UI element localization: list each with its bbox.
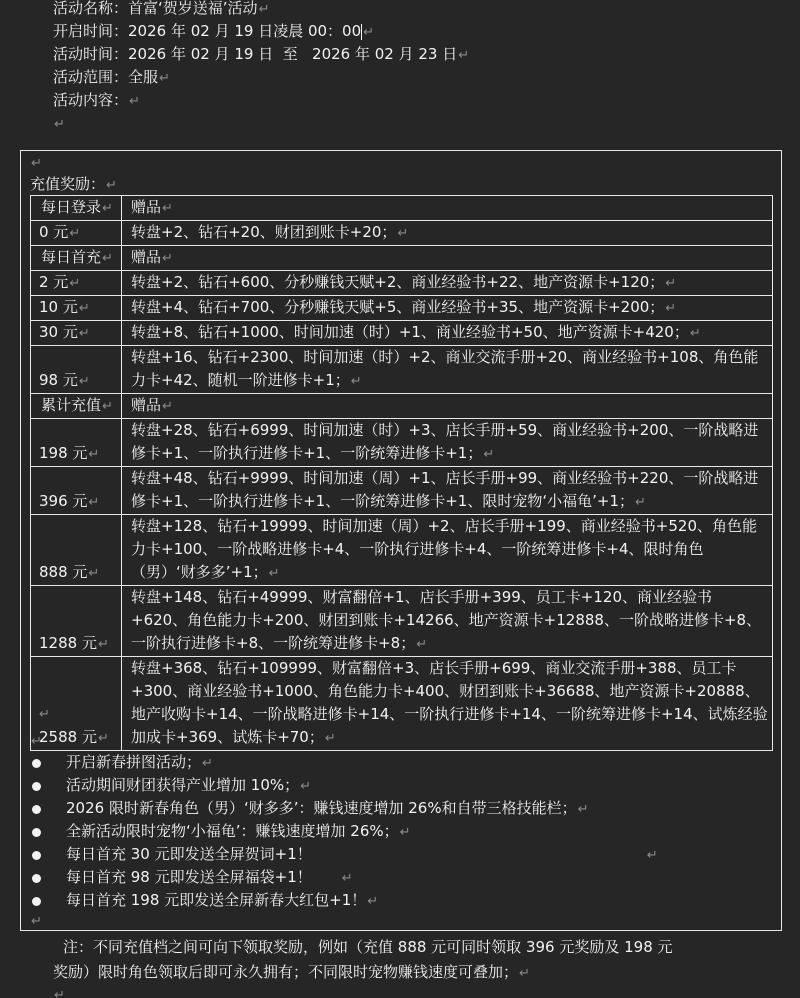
tier-cell: 888 元↵	[31, 515, 122, 586]
tier-cell: 1288 元↵	[31, 586, 122, 657]
gift-cell: 转盘+48、钻石+9999、时间加速（周）+1、店长手册+99、商业经验书+22…	[122, 467, 773, 515]
bullet-icon	[32, 851, 41, 860]
open-time-value: 2026 年 02 月 19 日凌晨 00：00	[128, 22, 361, 40]
rewards-title: 充值奖励：	[30, 175, 105, 193]
gift-cell: 转盘+2、钻石+600、分秒赚钱天赋+2、商业经验书+22、地产资源卡+120；…	[122, 271, 773, 296]
bullet-icon	[32, 782, 41, 791]
paragraph-mark-icon: ↵	[106, 178, 117, 193]
open-time-label: 开启时间：	[53, 22, 128, 40]
paragraph-mark-icon: ↵	[31, 914, 42, 929]
paragraph-mark-icon: ↵	[458, 48, 469, 63]
activity-content-label: 活动内容：	[53, 91, 128, 109]
activity-name-value: 首富‘贺岁送福’活动	[128, 0, 258, 17]
table-row: 888 元↵ 转盘+128、钻石+19999、时间加速（周）+2、店长手册+19…	[31, 515, 773, 586]
tier-cell: 396 元↵	[31, 467, 122, 515]
list-item: 每日首充 98 元即发送全屏福袋+1！↵	[30, 866, 658, 889]
open-time-line: 开启时间：2026 年 02 月 19 日凌晨 00：00↵	[53, 20, 469, 43]
empty-paragraph: ↵	[30, 729, 42, 752]
activity-content-line: 活动内容：↵	[53, 89, 469, 112]
gift-header-cell: 赠品↵	[122, 196, 773, 221]
bullet-icon	[32, 828, 41, 837]
paragraph-mark-icon: ↵	[159, 71, 170, 86]
note-line-1: 注：不同充值档之间可向下领取奖励，例如（充值 888 元可同时领取 396 元奖…	[53, 935, 763, 960]
activity-content-box: ↵ 充值奖励：↵ 每日登录↵ 赠品↵ 0 元↵ 转盘+2、钻石+20、财团到账卡…	[20, 150, 782, 931]
table-header-row: 每日首充↵ 赠品↵	[31, 246, 773, 271]
rewards-table: 每日登录↵ 赠品↵ 0 元↵ 转盘+2、钻石+20、财团到账卡+20；↵ 每日首…	[30, 195, 773, 751]
paragraph-mark-icon: ↵	[54, 117, 65, 132]
gift-cell: 转盘+28、钻石+6999、时间加速（时）+3、店长手册+59、商业经验书+20…	[122, 419, 773, 467]
paragraph-mark-icon: ↵	[31, 734, 42, 749]
activity-period-label: 活动时间：	[53, 45, 128, 63]
list-item: 全新活动限时宠物‘小福龟’：赚钱速度增加 26%；↵	[30, 820, 658, 843]
list-item: 活动期间财团获得产业增加 10%；↵	[30, 774, 658, 797]
paragraph-mark-icon: ↵	[259, 2, 270, 17]
paragraph-mark-icon: ↵	[54, 988, 65, 998]
table-header-row: 每日登录↵ 赠品↵	[31, 196, 773, 221]
list-item: 2026 限时新春角色（男）‘财多多’：赚钱速度增加 26%和自带三格技能栏；↵	[30, 797, 658, 820]
gift-cell: 转盘+148、钻石+49999、财富翻倍+1、店长手册+399、员工卡+120、…	[122, 586, 773, 657]
empty-paragraph: ↵	[53, 985, 65, 998]
activity-scope-line: 活动范围：全服↵	[53, 66, 469, 89]
activity-scope-value: 全服	[128, 68, 158, 86]
empty-paragraph: ↵	[53, 112, 469, 135]
feature-bullet-list: 开启新春拼图活动；↵ 活动期间财团获得产业增加 10%；↵ 2026 限时新春角…	[30, 751, 658, 912]
activity-period-value: 2026 年 02 月 19 日 至 2026 年 02 月 23 日	[128, 45, 457, 63]
table-row: 198 元↵ 转盘+28、钻石+6999、时间加速（时）+3、店长手册+59、商…	[31, 419, 773, 467]
tier-cell: 98 元↵	[31, 346, 122, 394]
note-paragraph: 注：不同充值档之间可向下领取奖励，例如（充值 888 元可同时领取 396 元奖…	[53, 935, 763, 986]
list-item: 每日首充 30 元即发送全屏贺词+1！↵	[30, 843, 658, 866]
table-header-row: 累计充值↵ 赠品↵	[31, 394, 773, 419]
table-row: 10 元↵ 转盘+4、钻石+700、分秒赚钱天赋+5、商业经验书+35、地产资源…	[31, 296, 773, 321]
table-row: 30 元↵ 转盘+8、钻石+1000、时间加速（时）+1、商业经验书+50、地产…	[31, 321, 773, 346]
gift-header-cell: 赠品↵	[122, 246, 773, 271]
gift-cell: 转盘+16、钻石+2300、时间加速（时）+2、商业交流手册+20、商业经验书+…	[122, 346, 773, 394]
paragraph-mark-icon: ↵	[31, 156, 42, 171]
list-item: 开启新春拼图活动；↵	[30, 751, 658, 774]
table-row: ↵2588 元↵ 转盘+368、钻石+109999、财富翻倍+3、店长手册+69…	[31, 657, 773, 751]
gift-cell: 转盘+2、钻石+20、财团到账卡+20；↵	[122, 221, 773, 246]
table-row: 396 元↵ 转盘+48、钻石+9999、时间加速（周）+1、店长手册+99、商…	[31, 467, 773, 515]
empty-paragraph: ↵	[30, 909, 42, 932]
table-row: 0 元↵ 转盘+2、钻石+20、财团到账卡+20；↵	[31, 221, 773, 246]
table-row: 2 元↵ 转盘+2、钻石+600、分秒赚钱天赋+2、商业经验书+22、地产资源卡…	[31, 271, 773, 296]
paragraph-mark-icon: ↵	[363, 25, 374, 40]
tier-cell: 198 元↵	[31, 419, 122, 467]
tier-cell: 0 元↵	[31, 221, 122, 246]
bullet-icon	[32, 897, 41, 906]
activity-name-label: 活动名称：	[53, 0, 128, 17]
paragraph-mark-icon: ↵	[129, 94, 140, 109]
table-row: 98 元↵ 转盘+16、钻石+2300、时间加速（时）+2、商业交流手册+20、…	[31, 346, 773, 394]
tier-cell: 10 元↵	[31, 296, 122, 321]
bullet-icon	[32, 874, 41, 883]
gift-cell: 转盘+8、钻石+1000、时间加速（时）+1、商业经验书+50、地产资源卡+42…	[122, 321, 773, 346]
tier-cell: 30 元↵	[31, 321, 122, 346]
activity-meta: 活动名称：首富‘贺岁送福’活动↵ 开启时间：2026 年 02 月 19 日凌晨…	[53, 0, 469, 135]
activity-period-line: 活动时间：2026 年 02 月 19 日 至 2026 年 02 月 23 日…	[53, 43, 469, 66]
tier-cell: ↵2588 元↵	[31, 657, 122, 751]
gift-cell: 转盘+4、钻石+700、分秒赚钱天赋+5、商业经验书+35、地产资源卡+200；…	[122, 296, 773, 321]
note-line-2: 奖励）限时角色领取后即可永久拥有；不同限时宠物赚钱速度可叠加；↵	[53, 960, 763, 986]
tier-cell: 2 元↵	[31, 271, 122, 296]
table-row: 1288 元↵ 转盘+148、钻石+49999、财富翻倍+1、店长手册+399、…	[31, 586, 773, 657]
rewards-title-line: 充值奖励：↵	[30, 173, 117, 196]
list-item: 每日首充 198 元即发送全屏新春大红包+1！↵	[30, 889, 658, 912]
tier-header-cell: 每日登录↵	[31, 196, 122, 221]
gift-cell: 转盘+128、钻石+19999、时间加速（周）+2、店长手册+199、商业经验书…	[122, 515, 773, 586]
gift-header-cell: 赠品↵	[122, 394, 773, 419]
gift-cell: 转盘+368、钻石+109999、财富翻倍+3、店长手册+699、商业交流手册+…	[122, 657, 773, 751]
bullet-icon	[32, 805, 41, 814]
tier-header-cell: 累计充值↵	[31, 394, 122, 419]
activity-name-line: 活动名称：首富‘贺岁送福’活动↵	[53, 0, 469, 20]
bullet-icon	[32, 759, 41, 768]
activity-scope-label: 活动范围：	[53, 68, 128, 86]
empty-paragraph: ↵	[30, 151, 42, 174]
text-cursor	[361, 24, 362, 40]
tier-header-cell: 每日首充↵	[31, 246, 122, 271]
